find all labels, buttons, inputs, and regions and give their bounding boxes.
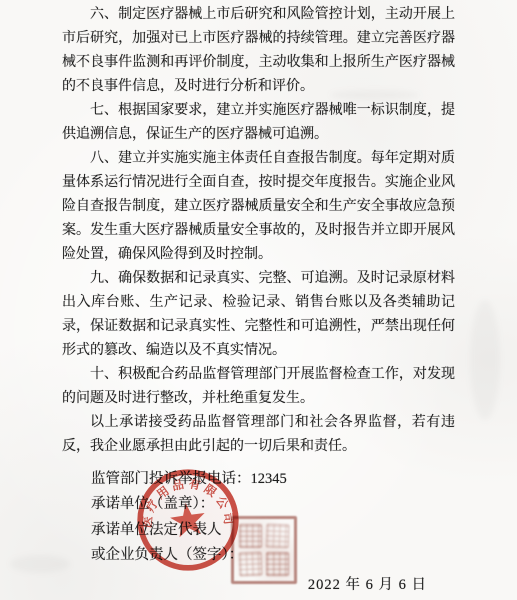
scan-smudge	[10, 555, 70, 573]
principal-signature-line: 或企业负责人（签字）：	[91, 543, 455, 568]
date-line: 2022 年 6 月 6 日	[62, 573, 427, 598]
unit-seal-line: 承诺单位（盖章）：	[91, 492, 455, 517]
document-body: 六、制定医疗器械上市后研究和风险管控计划，主动开展上市后研究，加强对已上市医疗器…	[62, 3, 455, 459]
paragraph-item-10: 十、积极配合药品监督管理部门开展监督检查工作，对发现的问题及时进行整改，并杜绝重…	[62, 363, 455, 411]
signature-block: 监管部门投诉举报电话：12345 承诺单位（盖章）： 承诺单位法定代表人 或企业…	[62, 467, 455, 598]
legal-representative-line: 承诺单位法定代表人	[91, 518, 455, 543]
paragraph-closing-pledge: 以上承诺接受药品监督管理部门和社会各界监督，若有违反，我企业愿承担由此引起的一切…	[62, 411, 455, 459]
paragraph-item-8: 八、建立并实施实施主体责任自查报告制度。每年定期对质量体系运行情况进行全面自查，…	[62, 147, 455, 267]
paragraph-item-7: 七、根据国家要求，建立并实施医疗器械唯一标识制度，提供追溯信息，保证生产的医疗器…	[62, 99, 455, 147]
scan-smudge	[470, 300, 500, 420]
paragraph-item-6: 六、制定医疗器械上市后研究和风险管控计划，主动开展上市后研究，加强对已上市医疗器…	[62, 3, 455, 99]
scanned-document-page: 六、制定医疗器械上市后研究和风险管控计划，主动开展上市后研究，加强对已上市医疗器…	[0, 0, 517, 600]
paragraph-item-9: 九、确保数据和记录真实、完整、可追溯。及时记录原材料出入库台账、生产记录、检验记…	[62, 267, 455, 363]
hotline-line: 监管部门投诉举报电话：12345	[91, 467, 455, 492]
